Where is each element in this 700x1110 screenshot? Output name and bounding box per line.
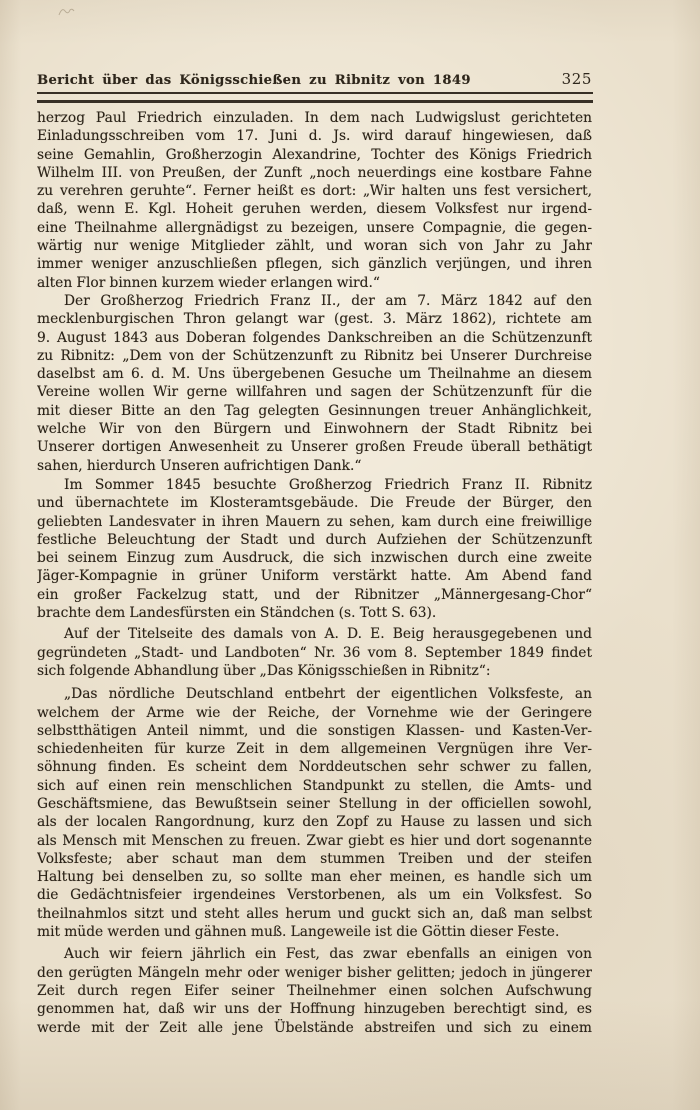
text-line: wärtig nur wenige Mitglieder zählt, und …: [37, 237, 592, 255]
text-line: Zeit durch regen Eifer seiner Theilnehme…: [37, 982, 592, 1000]
text-line: zu verehren geruhte“. Ferner heißt es do…: [37, 182, 592, 200]
text-line: „Das nördliche Deutschland entbehrt der …: [37, 685, 592, 703]
text-line: theilnahmlos sitzt und steht alles herum…: [37, 905, 592, 923]
text-line: welchem der Arme wie der Reiche, der Vor…: [37, 704, 592, 722]
text-line: genommen hat, daß wir uns der Hoffnung h…: [37, 1000, 592, 1018]
text-line: 9. August 1843 aus Doberan folgendes Dan…: [37, 329, 592, 347]
page-body: herzog Paul Friedrich einzuladen. In dem…: [37, 109, 592, 1037]
text-line: Auf der Titelseite des damals von A. D. …: [37, 625, 592, 643]
text-line: den gerügten Mängeln mehr oder weniger b…: [37, 964, 592, 982]
text-line: als der localen Rangordnung, kurz den Zo…: [37, 813, 592, 831]
text-line: mit dieser Bitte an den Tag gelegten Ges…: [37, 402, 592, 420]
text-line: Im Sommer 1845 besuchte Großherzog Fried…: [37, 476, 592, 494]
paragraph: Auf der Titelseite des damals von A. D. …: [37, 625, 592, 680]
text-line: daselbst am 6. d. M. Uns übergebenen Ges…: [37, 365, 592, 383]
paragraph: Im Sommer 1845 besuchte Großherzog Fried…: [37, 476, 592, 622]
text-line: Geschäftsmiene, das Bewußtsein seiner St…: [37, 795, 592, 813]
page-number: 325: [562, 70, 592, 88]
text-line: und übernachtete im Klosteramtsgebäude. …: [37, 494, 592, 512]
text-line: Einladungsschreiben vom 17. Juni d. Js. …: [37, 127, 592, 145]
text-line: immer weniger anzuschließen pflegen, sic…: [37, 255, 592, 273]
text-line: die Gedächtnisfeier irgendeines Verstorb…: [37, 886, 592, 904]
text-line: festliche Beleuchtung der Stadt und durc…: [37, 531, 592, 549]
text-line: als Mensch mit Menschen zu freuen. Zwar …: [37, 832, 592, 850]
text-line: sich auf einen rein menschlichen Standpu…: [37, 777, 592, 795]
text-line: brachte dem Landesfürsten ein Ständchen …: [37, 604, 592, 622]
text-line: mecklenburgischen Thron gelangt war (ges…: [37, 310, 592, 328]
text-line: daß, wenn E. Kgl. Hoheit geruhen werden,…: [37, 200, 592, 218]
text-line: werde mit der Zeit alle jene Übelstände …: [37, 1019, 592, 1037]
paragraph: „Das nördliche Deutschland entbehrt der …: [37, 685, 592, 941]
text-line: alten Flor binnen kurzem wieder erlangen…: [37, 274, 592, 292]
text-line: ein großer Fackelzug statt, und der Ribn…: [37, 586, 592, 604]
text-line: Volksfeste; aber schaut man dem stummen …: [37, 850, 592, 868]
text-line: zu Ribnitz: „Dem von der Schützenzunft z…: [37, 347, 592, 365]
text-line: geliebten Landesvater in ihren Mauern zu…: [37, 513, 592, 531]
text-line: Wilhelm III. von Preußen, der Zunft „noc…: [37, 164, 592, 182]
paragraph: Der Großherzog Friedrich Franz II., der …: [37, 292, 592, 475]
text-line: gegründeten „Stadt- und Landboten“ Nr. 3…: [37, 644, 592, 662]
text-line: sich folgende Abhandlung über „Das König…: [37, 662, 592, 680]
text-line: schiedenheiten für kurze Zeit in dem all…: [37, 740, 592, 758]
text-line: Jäger-Kompagnie in grüner Uniform verstä…: [37, 567, 592, 585]
book-page: Bericht über das Königsschießen zu Ribni…: [0, 0, 700, 1110]
text-line: sahen, hierdurch Unseren aufrichtigen Da…: [37, 457, 592, 475]
text-line: mit müde werden und gähnen muß. Langewei…: [37, 923, 592, 941]
running-header-title: Bericht über das Königsschießen zu Ribni…: [37, 73, 471, 88]
text-line: Unserer dortigen Anwesenheit zu Unserer …: [37, 438, 592, 456]
text-line: Auch wir feiern jährlich ein Fest, das z…: [37, 945, 592, 963]
paragraph: Auch wir feiern jährlich ein Fest, das z…: [37, 945, 592, 1036]
pencil-mark: [57, 5, 77, 19]
text-line: selbstthätigen Anteil nimmt, und die son…: [37, 722, 592, 740]
text-line: Vereine wollen Wir gerne willfahren und …: [37, 383, 592, 401]
running-header: Bericht über das Königsschießen zu Ribni…: [37, 70, 592, 88]
paragraph: herzog Paul Friedrich einzuladen. In dem…: [37, 109, 592, 292]
text-line: Der Großherzog Friedrich Franz II., der …: [37, 292, 592, 310]
text-line: seine Gemahlin, Großherzogin Alexandrine…: [37, 146, 592, 164]
text-line: eine Theilnahme allergnädigst zu bezeige…: [37, 219, 592, 237]
text-line: welche Wir von den Bürgern und Einwohner…: [37, 420, 592, 438]
header-rule-thin: [37, 92, 593, 94]
text-line: herzog Paul Friedrich einzuladen. In dem…: [37, 109, 592, 127]
text-line: söhnung finden. Es scheint dem Norddeuts…: [37, 758, 592, 776]
text-line: bei seinem Einzug zum Ausdruck, die sich…: [37, 549, 592, 567]
text-line: Haltung bei denselben zu, so sollte man …: [37, 868, 592, 886]
header-rule-thick: [37, 100, 593, 103]
